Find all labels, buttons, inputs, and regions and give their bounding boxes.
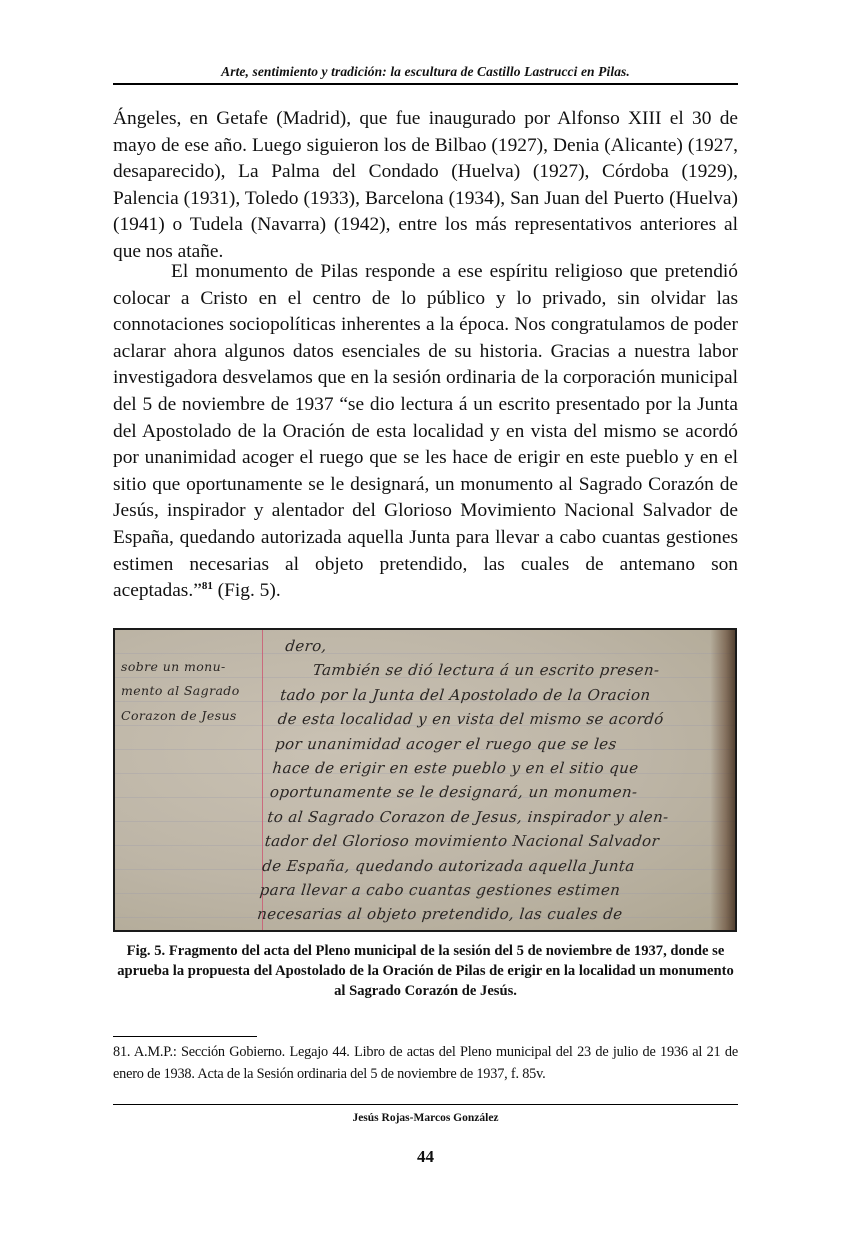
- footnote-separator: [113, 1036, 257, 1037]
- handwritten-line: de esta localidad y en vista del mismo s…: [276, 707, 680, 731]
- author-name: Jesús Rojas-Marcos González: [113, 1112, 738, 1124]
- figure-reference: (Fig. 5).: [213, 580, 281, 601]
- margin-note-line: mento al Sagrado: [121, 679, 240, 703]
- handwritten-line: necesarias al objeto pretendido, las cua…: [256, 902, 660, 926]
- footnote-reference[interactable]: 81: [202, 580, 213, 592]
- figure-caption: Fig. 5. Fragmento del acta del Pleno mun…: [113, 941, 738, 1001]
- handwritten-line: También se dió lectura á un escrito pres…: [282, 658, 686, 682]
- margin-note-line: sobre un monu-: [121, 655, 240, 679]
- handwritten-line: antemano son aceptadas.: [253, 927, 657, 932]
- body-paragraph-2: El monumento de Pilas responde a ese esp…: [113, 259, 738, 605]
- handwritten-line: para llevar a cabo cuantas gestiones est…: [258, 878, 662, 902]
- handwritten-line: dero,: [284, 634, 688, 658]
- margin-note-line: Corazon de Jesus: [121, 704, 240, 728]
- footnote-81: 81. A.M.P.: Sección Gobierno. Legajo 44.…: [113, 1042, 738, 1085]
- handwritten-line: tado por la Junta del Apostolado de la O…: [279, 683, 683, 707]
- handwritten-line: tador del Glorioso movimiento Nacional S…: [264, 829, 668, 853]
- handwritten-minutes-photo: sobre un monu- mento al Sagrado Corazon …: [113, 628, 737, 932]
- running-head: Arte, sentimiento y tradición: la escult…: [113, 64, 738, 80]
- handwritten-text: dero, También se dió lectura á un escrit…: [253, 634, 688, 932]
- book-page: Arte, sentimiento y tradición: la escult…: [0, 0, 850, 1247]
- handwritten-line: to al Sagrado Corazon de Jesus, inspirad…: [266, 805, 670, 829]
- handwritten-line: oportunamente se le designará, un monume…: [269, 780, 673, 804]
- margin-note: sobre un monu- mento al Sagrado Corazon …: [121, 655, 240, 728]
- paragraph-1-text: Ángeles, en Getafe (Madrid), que fue ina…: [113, 108, 738, 262]
- handwritten-line: por unanimidad acoger el ruego que se le…: [274, 732, 678, 756]
- body-paragraph-1: Ángeles, en Getafe (Madrid), que fue ina…: [113, 106, 738, 266]
- page-number: 44: [113, 1147, 738, 1167]
- handwritten-line: de España, quedando autorizada aquella J…: [261, 854, 665, 878]
- handwritten-line: hace de erigir en este pueblo y en el si…: [271, 756, 675, 780]
- header-rule: [113, 83, 738, 85]
- footer-rule: [113, 1104, 738, 1105]
- paragraph-2-text: El monumento de Pilas responde a ese esp…: [113, 261, 738, 601]
